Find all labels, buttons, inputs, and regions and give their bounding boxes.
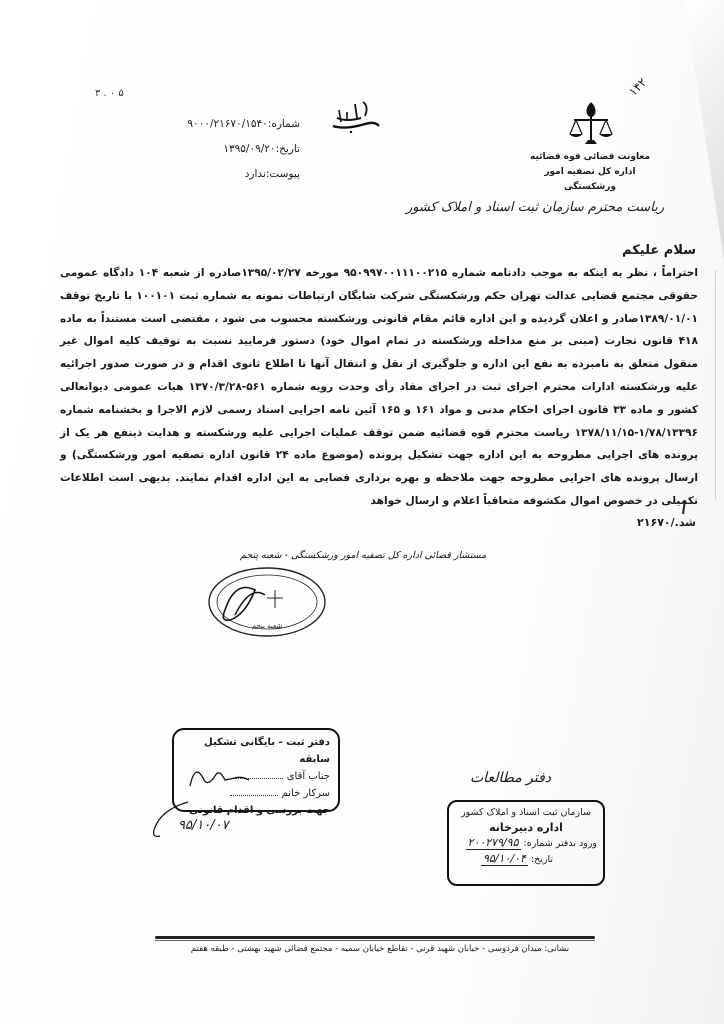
page-fold-shadow	[684, 0, 724, 260]
body-closing: شد./۲۱۶۷۰	[637, 516, 696, 529]
attachment-label: پیوست:	[266, 168, 300, 180]
secretariat-date-label: تاریخ:	[531, 854, 553, 865]
issuing-organization: معاونت قضائی قوه قضائیه اداره کل تصفیه ا…	[520, 150, 660, 195]
letter-date-row: تاریخ:۱۳۹۵/۰۹/۲۰	[120, 137, 300, 162]
org-line-2: اداره کل تصفیه امور ورشکستگی	[520, 165, 660, 195]
judiciary-emblem-icon	[566, 100, 616, 148]
basmala-calligraphy-icon	[325, 96, 385, 136]
secretariat-number-row: ورود بدفتر شماره: ۲۰۰۲۷۹/۹۵	[455, 835, 597, 851]
secretariat-stamp: سازمان ثبت اسناد و املاک کشور اداره دبیر…	[447, 800, 605, 886]
official-seal-icon: شعبه پنجم	[205, 560, 330, 640]
archive-stamp-action: جهت بررسی و اقدام قانونی	[182, 802, 330, 819]
letter-page: ۳ . ۰ ۵ شماره:۹۰۰۰/۲۱۶۷۰/۱۵۴۰ تاریخ:۱۳۹۵…	[0, 0, 724, 1024]
salutation: سلام علیکم	[622, 243, 696, 258]
footer-divider	[155, 936, 595, 939]
entry-label: ورود بدفتر	[556, 838, 597, 849]
letter-number-value: ۹۰۰۰/۲۱۶۷۰/۱۵۴۰	[187, 118, 267, 130]
secretariat-org: سازمان ثبت اسناد و املاک کشور	[455, 805, 597, 820]
recipient-line: ریاست محترم سازمان ثبت اسناد و املاک کشو…	[406, 200, 664, 215]
secretariat-title: دفتر مطالعات	[470, 770, 551, 786]
secretariat-date-row: تاریخ: ۹۵/۱۰/۰۴	[455, 851, 597, 867]
body-paragraph: احتراماً ، نظر به اینکه به موجب دادنامه …	[60, 262, 698, 513]
letter-date-value: ۱۳۹۵/۰۹/۲۰	[223, 143, 275, 155]
letter-body: احتراماً ، نظر به اینکه به موجب دادنامه …	[60, 262, 698, 513]
letter-number-label: شماره:	[268, 118, 300, 130]
secretariat-number-label: شماره:	[524, 838, 553, 849]
handwritten-corner-note: ۱۴۲	[626, 75, 650, 99]
letter-number-row: شماره:۹۰۰۰/۲۱۶۷۰/۱۵۴۰	[120, 112, 300, 137]
attachment-row: پیوست:ندارد	[120, 162, 300, 187]
footer-address: نشانی: میدان فردوسی - خیابان شهید قرنی -…	[170, 944, 590, 954]
attachment-value: ندارد	[245, 168, 266, 180]
margin-line	[715, 270, 716, 500]
letter-date-label: تاریخ:	[276, 143, 300, 155]
secretariat-date-value: ۹۵/۱۰/۰۴	[481, 852, 528, 866]
archive-signature-icon	[185, 758, 255, 793]
secretariat-office: اداره دبیرخانه	[455, 820, 597, 835]
top-scribble: ۳ . ۰ ۵	[95, 88, 124, 99]
letter-metadata: شماره:۹۰۰۰/۲۱۶۷۰/۱۵۴۰ تاریخ:۱۳۹۵/۰۹/۲۰ پ…	[120, 112, 300, 187]
seal-branch-text: شعبه پنجم	[252, 622, 283, 630]
archive-handwritten-date: ۹۵/۱۰/۰۷	[178, 818, 229, 833]
org-line-1: معاونت قضائی قوه قضائیه	[520, 150, 660, 165]
secretariat-number-value: ۲۰۰۲۷۹/۹۵	[466, 836, 521, 850]
footer-divider-thin	[155, 940, 595, 941]
